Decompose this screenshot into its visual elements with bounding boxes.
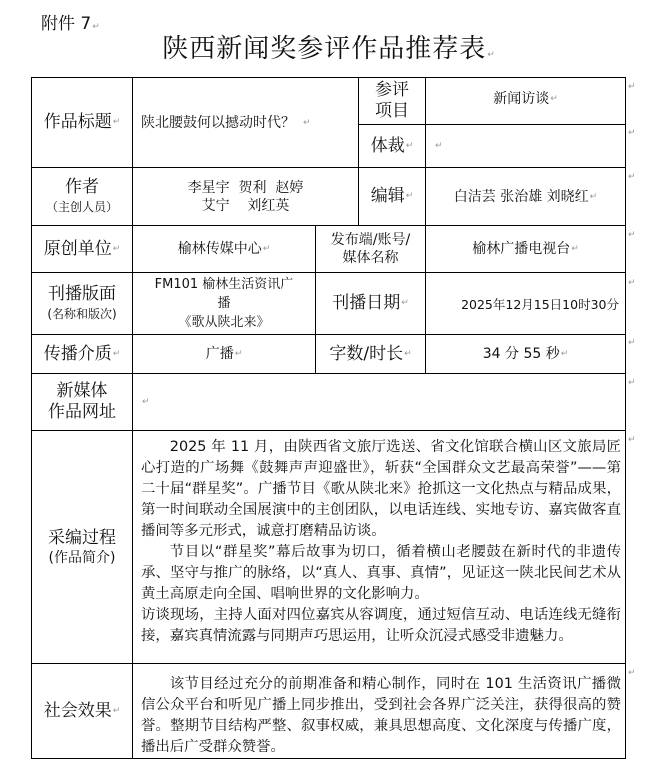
layout-label: 刊播版面(名称和版次) bbox=[31, 272, 133, 335]
original-unit-value[interactable]: 榆林传媒中心↵ bbox=[132, 225, 316, 273]
length-label: 字数/时长↵ bbox=[315, 334, 426, 374]
row-end-mark: ↵ bbox=[628, 128, 636, 138]
row-end-mark: ↵ bbox=[628, 668, 636, 678]
row-end-mark: ↵ bbox=[628, 378, 636, 388]
authors-value[interactable]: 李星宇 贺利 赵婷艾宁 刘红英 bbox=[132, 167, 359, 226]
work-title-label: 作品标题↵ bbox=[31, 77, 133, 168]
original-unit-label: 原创单位↵ bbox=[31, 225, 133, 273]
process-value[interactable]: 2025 年 11 月，由陕西省文旅厅选送、省文化馆联合横山区文旅局匠心打造的广… bbox=[132, 430, 626, 664]
category-value[interactable]: 新闻访谈↵ bbox=[425, 77, 626, 125]
row-end-mark: ↵ bbox=[628, 82, 636, 92]
row-end-mark: ↵ bbox=[628, 338, 636, 348]
social-effect-label: 社会效果↵ bbox=[31, 663, 133, 759]
page-title: 陕西新闻奖参评作品推荐表↵ bbox=[0, 28, 658, 65]
genre-label: 体裁↵ bbox=[358, 124, 426, 168]
process-paragraph-2: 节目以“群星奖”幕后故事为切口，循着横山老腰鼓在新时代的非遗传承、坚守与推广的脉… bbox=[141, 542, 621, 605]
new-media-url-value[interactable]: ↵ bbox=[132, 373, 626, 431]
row-end-mark: ↵ bbox=[628, 172, 636, 182]
authors-label: 作者（主创人员） bbox=[31, 167, 133, 226]
publisher-label: 发布端/账号/媒体名称 bbox=[315, 225, 426, 273]
work-title-value[interactable]: 陕北腰鼓何以撼动时代？↵ bbox=[132, 77, 359, 168]
row-end-mark: ↵ bbox=[628, 278, 636, 288]
social-effect-value[interactable]: 该节目经过充分的前期准备和精心制作，同时在 101 生活资讯广播微信公众平台和听… bbox=[132, 663, 626, 759]
medium-value[interactable]: 广播↵ bbox=[132, 334, 316, 374]
editors-label: 编辑↵ bbox=[358, 167, 426, 226]
publisher-value[interactable]: 榆林广播电视台↵ bbox=[425, 225, 626, 273]
new-media-url-label: 新媒体作品网址 bbox=[31, 373, 133, 431]
social-effect-paragraph: 该节目经过充分的前期准备和精心制作，同时在 101 生活资讯广播微信公众平台和听… bbox=[141, 674, 621, 758]
process-paragraph-3: 访谈现场，主持人面对四位嘉宾从容调度，通过短信互动、电话连线无缝衔接，嘉宾真情流… bbox=[141, 605, 621, 647]
row-end-mark: ↵ bbox=[628, 230, 636, 240]
genre-value[interactable]: ↵ bbox=[425, 124, 626, 168]
medium-label: 传播介质↵ bbox=[31, 334, 133, 374]
row-end-mark: ↵ bbox=[628, 435, 636, 445]
category-label: 参评项目 bbox=[358, 77, 426, 125]
process-label: 采编过程(作品简介) bbox=[31, 430, 133, 664]
layout-value[interactable]: FM101 榆林生活资讯广播《歌从陕北来》 bbox=[132, 272, 316, 335]
publish-date-value[interactable]: 2025年12月15日10时30分 bbox=[425, 272, 626, 335]
editors-value[interactable]: 白洁芸 张治雄 刘晓红↵ bbox=[425, 167, 626, 226]
length-value[interactable]: 34 分 55 秒↵ bbox=[425, 334, 626, 374]
publish-date-label: 刊播日期↵ bbox=[315, 272, 426, 335]
process-paragraph-1: 2025 年 11 月，由陕西省文旅厅选送、省文化馆联合横山区文旅局匠心打造的广… bbox=[141, 437, 621, 542]
